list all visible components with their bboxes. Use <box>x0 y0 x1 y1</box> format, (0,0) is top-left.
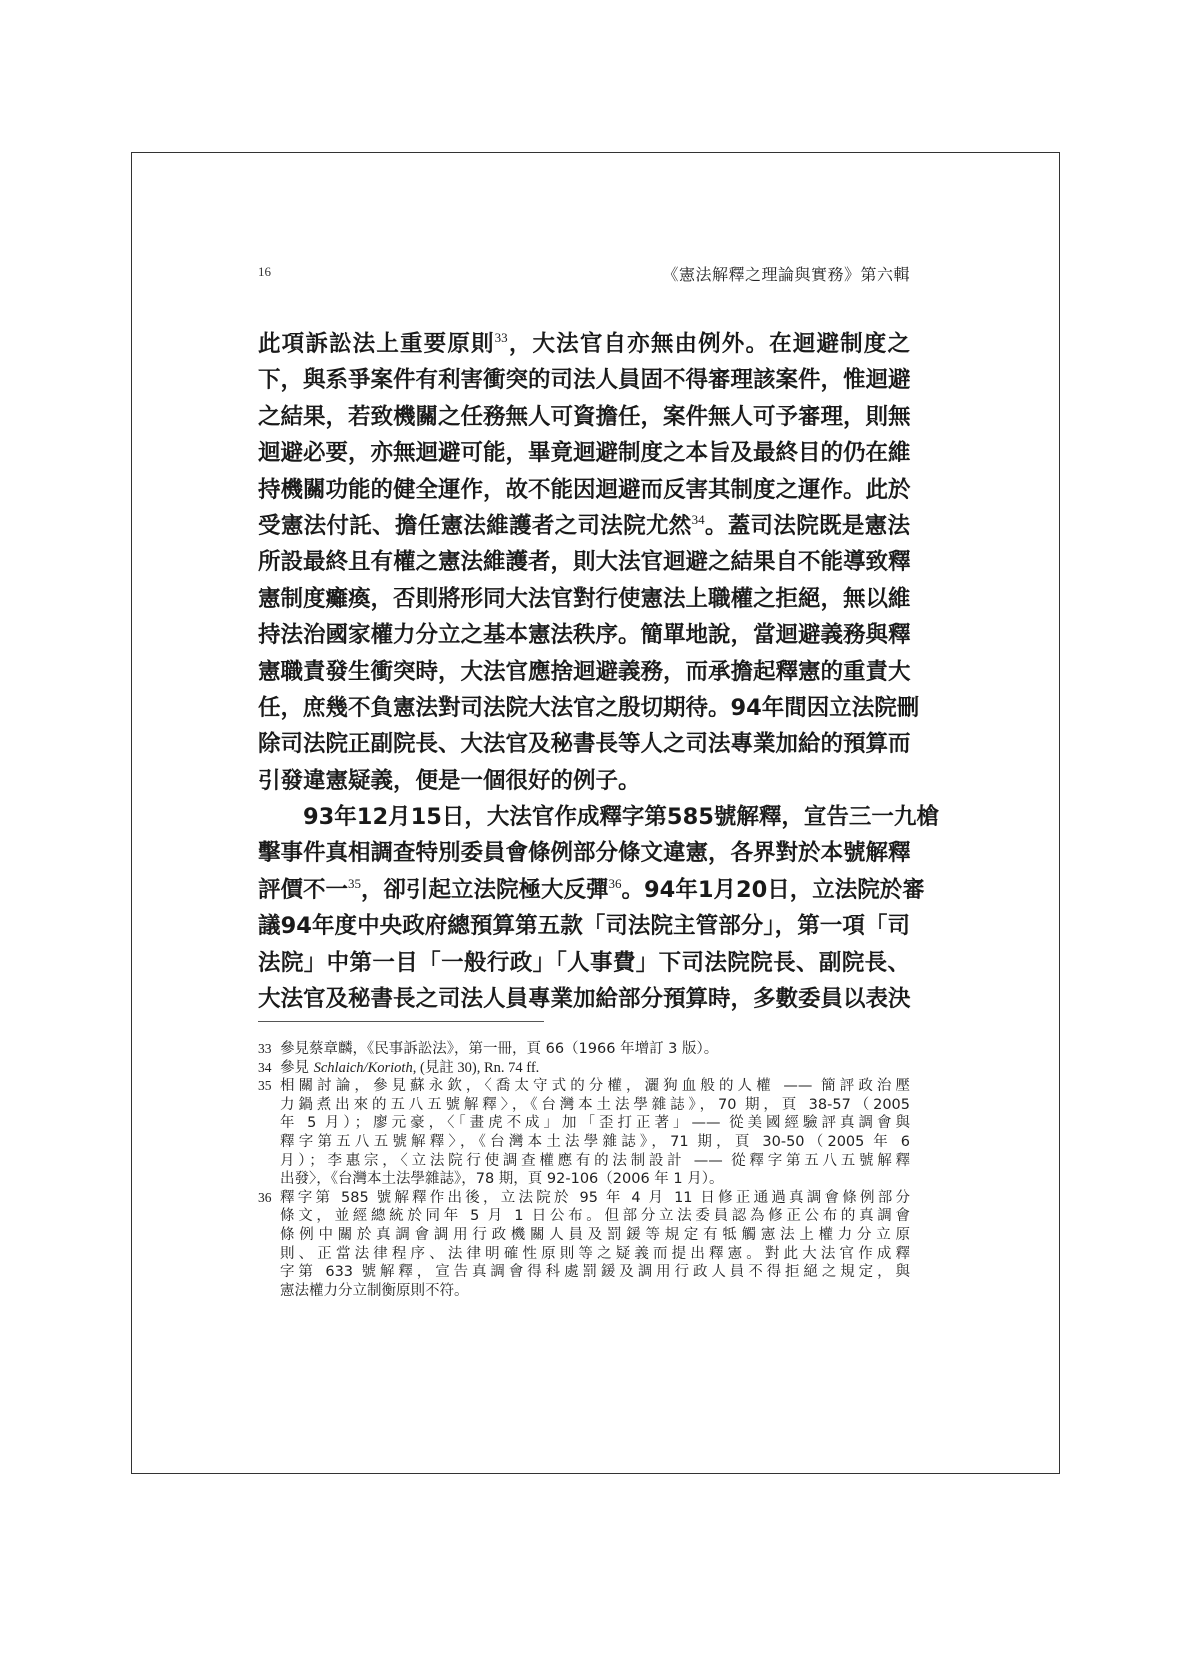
running-header: 16 《憲法解釋之理論與實務》第六輯 <box>258 262 910 284</box>
footnote-line: 年 5 月）；廖元豪，〈「畫虎不成」加「歪打正著」—— 從美國經驗評真調會與 <box>280 1114 910 1133</box>
footnote-ref-33[interactable]: 33 <box>495 330 508 345</box>
body-line: 持機關功能的健全運作，故不能因迴避而反害其制度之運作。此於 <box>258 472 910 508</box>
footnote-line: 條例中關於真調會調用行政機關人員及罰鍰等規定有牴觸憲法上權力分立原 <box>280 1226 910 1245</box>
body-line: 評價不一35，卻引起立法院極大反彈36。94年1月20日，立法院於審 <box>258 872 910 908</box>
footnote-line: 釋字第 585 號解釋作出後，立法院於 95 年 4 月 11 日修正通過真調會… <box>280 1189 910 1208</box>
footnote-ref-36[interactable]: 36 <box>609 876 622 891</box>
footnote-line: 條文，並經總統於同年 5 月 1 日公布。但部分立法委員認為修正公布的真調會 <box>280 1207 910 1226</box>
body-line: 持法治國家權力分立之基本憲法秩序。簡單地說，當迴避義務與釋 <box>258 617 910 653</box>
footnote-ref-34[interactable]: 34 <box>692 512 705 527</box>
footnote-34: 34 參見 Schlaich/Korioth, (見註 30), Rn. 74 … <box>258 1059 910 1078</box>
footnote-number: 36 <box>258 1189 272 1208</box>
footnote-line: 月）；李惠宗，〈立法院行使調查權應有的法制設計 —— 從釋字第五八五號解釋 <box>280 1152 910 1171</box>
footnote-number: 34 <box>258 1059 272 1078</box>
footnote-36: 36 釋字第 585 號解釋作出後，立法院於 95 年 4 月 11 日修正通過… <box>258 1189 910 1301</box>
footnote-35: 35 相關討論，參見蘇永欽，〈喬太守式的分權，灑狗血般的人權 —— 簡評政治壓 … <box>258 1077 910 1189</box>
footnote-33: 33 參見蔡章麟，《民事訴訟法》，第一冊，頁 66（1966 年增訂 3 版）。 <box>258 1040 910 1059</box>
body-line: 受憲法付託、擔任憲法維護者之司法院尤然34。蓋司法院既是憲法 <box>258 508 910 544</box>
body-line: 引發違憲疑義，便是一個很好的例子。 <box>258 763 910 799</box>
footnote-line: 相關討論，參見蘇永欽，〈喬太守式的分權，灑狗血般的人權 —— 簡評政治壓 <box>280 1077 910 1096</box>
body-line: 憲職責發生衝突時，大法官應捨迴避義務，而承擔起釋憲的重責大 <box>258 654 910 690</box>
author-citation: Schlaich/Korioth <box>314 1060 413 1076</box>
body-text: 此項訴訟法上重要原則33，大法官自亦無由例外。在迴避制度之 下，與系爭案件有利害… <box>258 326 910 1017</box>
body-line: 任，庶幾不負憲法對司法院大法官之殷切期待。94年間因立法院刪 <box>258 690 910 726</box>
paragraph-start-line: 93年12月15日，大法官作成釋字第585號解釋，宣告三一九槍 <box>258 799 910 835</box>
footnote-separator <box>258 1021 544 1022</box>
footnote-line: 字第 633 號解釋，宣告真調會得科處罰鍰及調用行政人員不得拒絕之規定，與 <box>280 1263 910 1282</box>
body-line: 憲制度癱瘓，否則將形同大法官對行使憲法上職權之拒絕，無以維 <box>258 581 910 617</box>
body-line: 除司法院正副院長、大法官及秘書長等人之司法專業加給的預算而 <box>258 726 910 762</box>
footnote-line: 則、正當法律程序、法律明確性原則等之疑義而提出釋憲。對此大法官作成釋 <box>280 1245 910 1264</box>
footnote-line: 參見蔡章麟，《民事訴訟法》，第一冊，頁 66（1966 年增訂 3 版）。 <box>280 1040 910 1059</box>
footnote-line: 憲法權力分立制衡原則不符。 <box>280 1282 910 1301</box>
body-line: 之結果，若致機關之任務無人可資擔任，案件無人可予審理，則無 <box>258 399 910 435</box>
body-line: 法院」中第一目「一般行政」「人事費」下司法院院長、副院長、 <box>258 945 910 981</box>
body-line: 擊事件真相調查特別委員會條例部分條文違憲，各界對於本號解釋 <box>258 835 910 871</box>
footnotes: 33 參見蔡章麟，《民事訴訟法》，第一冊，頁 66（1966 年增訂 3 版）。… <box>258 1040 910 1300</box>
footnote-line: 參見 Schlaich/Korioth, (見註 30), Rn. 74 ff. <box>280 1059 910 1078</box>
book-title: 《憲法解釋之理論與實務》第六輯 <box>662 262 910 285</box>
body-line: 所設最終且有權之憲法維護者，則大法官迴避之結果自不能導致釋 <box>258 544 910 580</box>
body-line: 迴避必要，亦無迴避可能，畢竟迴避制度之本旨及最終目的仍在維 <box>258 435 910 471</box>
footnote-line: 釋字第五八五號解釋〉，《台灣本土法學雜誌》，71 期，頁 30-50（2005 … <box>280 1133 910 1152</box>
footnote-ref-35[interactable]: 35 <box>348 876 361 891</box>
footnote-line: 出發〉，《台灣本土法學雜誌》，78 期，頁 92-106（2006 年 1 月）… <box>280 1170 910 1189</box>
page-number: 16 <box>258 264 271 280</box>
body-line: 下，與系爭案件有利害衝突的司法人員固不得審理該案件，惟迴避 <box>258 362 910 398</box>
body-line: 議94年度中央政府總預算第五款「司法院主管部分」，第一項「司 <box>258 908 910 944</box>
footnote-number: 33 <box>258 1040 272 1059</box>
footnote-line: 力鍋煮出來的五八五號解釋〉，《台灣本土法學雜誌》，70 期，頁 38-57（20… <box>280 1096 910 1115</box>
body-line: 大法官及秘書長之司法人員專業加給部分預算時，多數委員以表決 <box>258 981 910 1017</box>
body-line: 此項訴訟法上重要原則33，大法官自亦無由例外。在迴避制度之 <box>258 326 910 362</box>
footnote-number: 35 <box>258 1077 272 1096</box>
